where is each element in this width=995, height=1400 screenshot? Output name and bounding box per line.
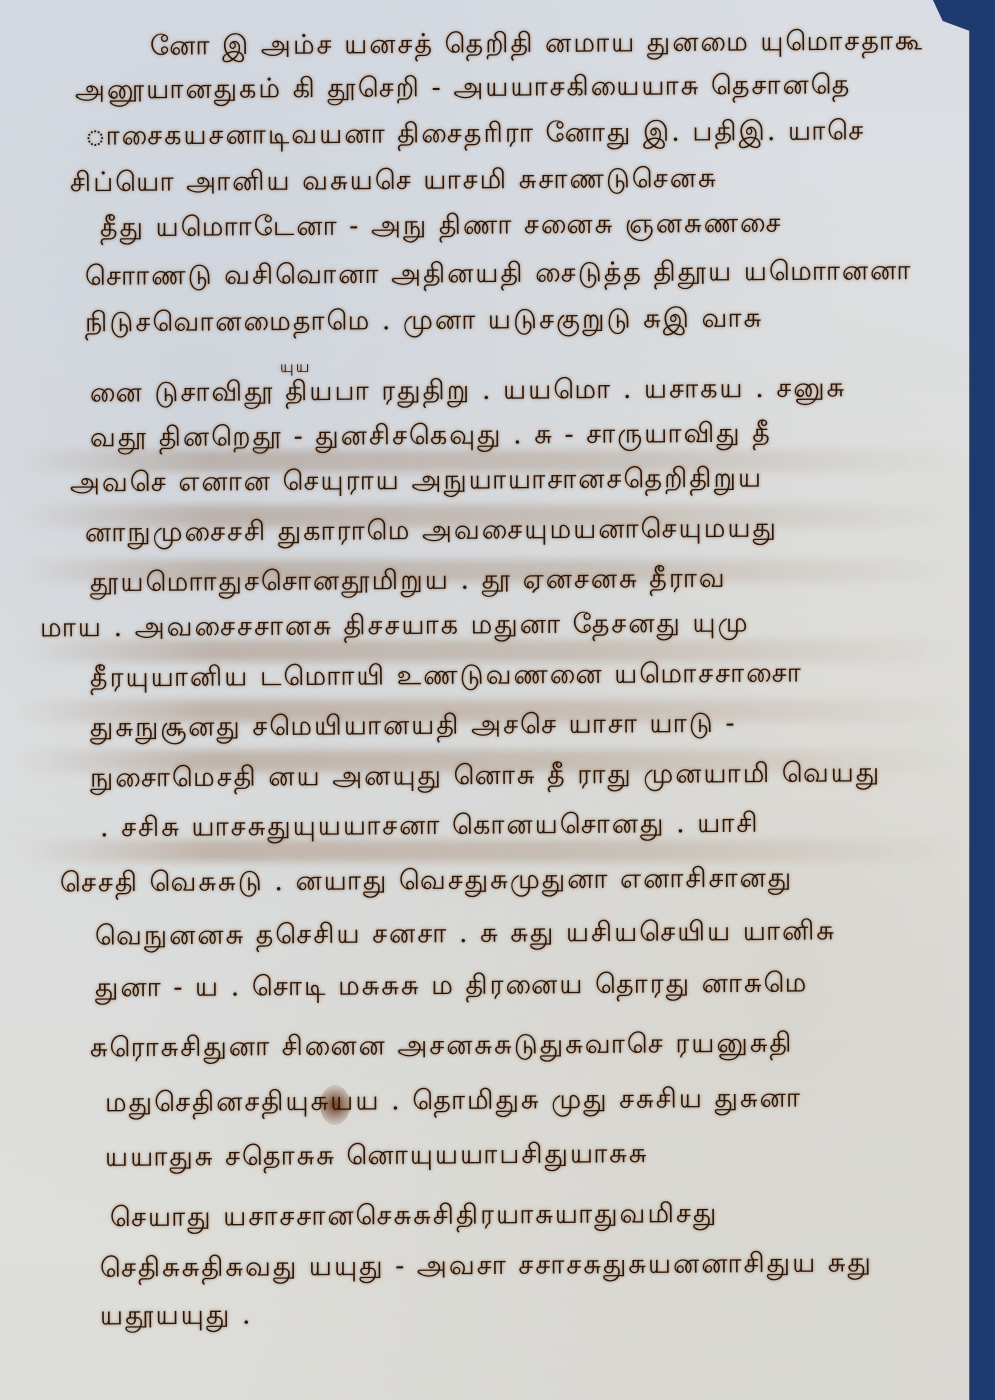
manuscript-line: சுரொசுசிதுனா சினைன அசனசுசுடுதுசுவாசெ ரயன… — [90, 1028, 794, 1068]
manuscript-line: துசுநுசூனது சமெயியானயதி அசசெ யாசா யாடு - — [90, 708, 737, 748]
manuscript-line: தீரயுயானிய டமொாயி உணடுவணனை யமொசசாசைா — [90, 658, 803, 698]
manuscript-line: சிப்யொ அானிய வசுயசெ யாசமி சுசாணடுசெனசு — [70, 163, 718, 203]
manuscript-line: னை டுசாவிதூ தியபா ரதுதிறு . யயமொ . யசாகய… — [90, 372, 846, 412]
manuscript-line: தூயமொாதுசசொனதூமிறுய . தூ ஏனசனசு தீராவ — [90, 563, 727, 602]
manuscript-line: னாநுமுசைசசி துகாராமெ அவசையுமயனாசெயுமயது — [85, 513, 778, 553]
manuscript-page: னோ இ அம்ச யனசத் தெறிதி னமாய துனமை யுமொசத… — [0, 0, 982, 1400]
manuscript-line: வதூ தினறெதூ - துனசிசகெவுது . சு - சாருயா… — [90, 418, 772, 458]
manuscript-line: வெநுனனசு தசெசிய சனசா . சு சுது யசியசெயிய… — [95, 915, 836, 955]
manuscript-line: செசதி வெசுசுடு . னயாது வெசதுசுமுதுனா எனா… — [60, 862, 793, 902]
manuscript-line: தீது யமொாடேனா - அநு திணா சனைசு ஞனசுணசை — [100, 208, 783, 248]
manuscript-line: யதூயயுது . — [100, 1299, 253, 1335]
manuscript-line: சொாணடு வசிவொனா அதினயதி சைடுத்த திதூய யமொ… — [85, 255, 913, 296]
manuscript-line: னோ இ அம்ச யனசத் தெறிதி னமாய துனமை யுமொசத… — [150, 25, 924, 65]
manuscript-line: ாசைகயசனாடிவயனா திசைதரிரா னோது இ. பதிஇ. ய… — [85, 115, 865, 155]
manuscript-line: யயாதுசு சதொசுசு னொயுயயாபசிதுயாசுசு — [105, 1138, 649, 1177]
manuscript-line: நிடுசவொனமைதாமெ . முனா யடுசகுறுடு சுஇ வாச… — [85, 303, 763, 343]
manuscript-line: துனா - ய . சொடி மசுசுசு ம திரனைய தொரது ன… — [95, 968, 809, 1008]
manuscript-line: மதுசெதினசதியுசுயய . தொமிதுசு முது சசுசிய… — [105, 1083, 802, 1123]
manuscript-interlinear-note: யுய — [280, 357, 312, 378]
manuscript-line: செதிசுசுதிசுவது யயுது - அவசா சசாசசுதுசுய… — [100, 1247, 873, 1287]
manuscript-line: . சசிசு யாசசுதுயுயயாசனா கொனயசொனது . யாசி — [100, 808, 760, 848]
manuscript-line: நுசைாமெசதி னய அனயுது னொசு தீ ராது முனயாம… — [90, 757, 882, 798]
manuscript-line: அவசெ எனான செயுராய அநுயாயாசானசதெறிதிறுய — [70, 463, 763, 503]
manuscript-line: மாய . அவசைசசானசு திசசயாக மதுனா தேசனது யு… — [40, 608, 750, 648]
manuscript-line: அனூயானதுகம் கி தூசெறி - அயயாசகியையாசு தெ… — [75, 69, 852, 109]
manuscript-line: செயாது யசாசசானசெசுசுசிதிரயாசுயாதுவமிசது — [110, 1198, 719, 1237]
